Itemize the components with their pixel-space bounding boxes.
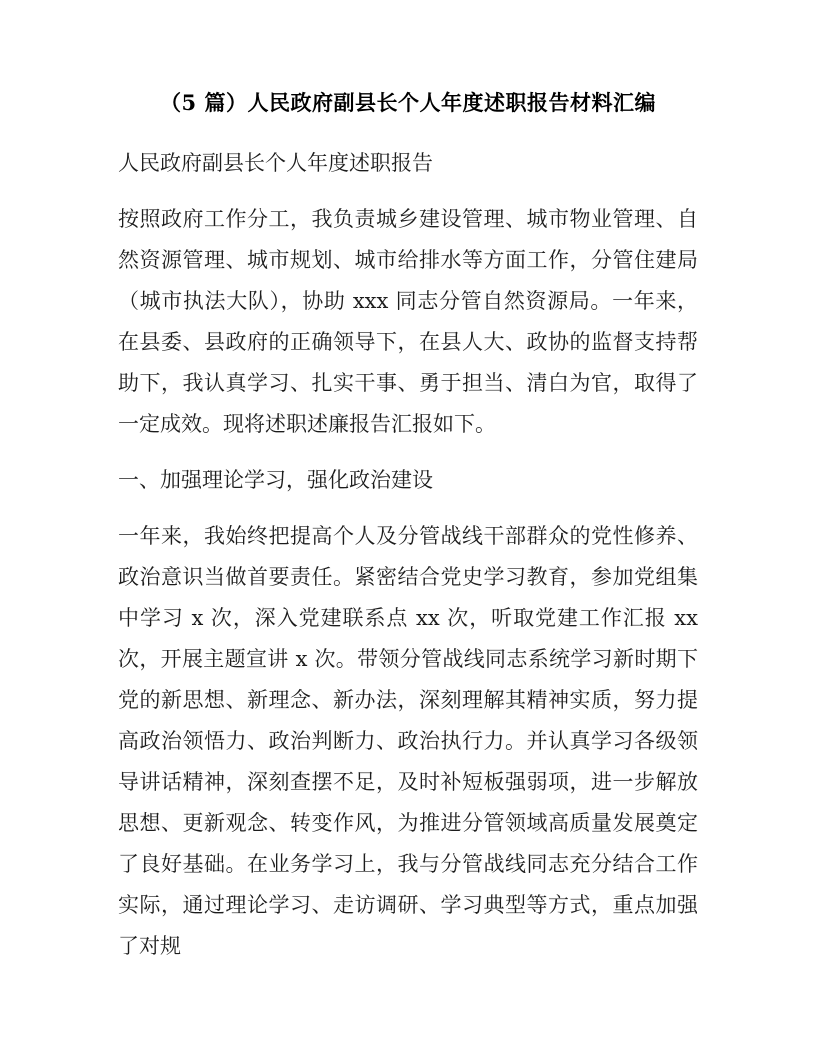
document-title: （5 篇）人民政府副县长个人年度述职报告材料汇编 [118, 88, 698, 118]
section-heading-1: 一、加强理论学习，强化政治建设 [118, 460, 698, 501]
paragraph-intro: 按照政府工作分工，我负责城乡建设管理、城市物业管理、自然资源管理、城市规划、城市… [118, 199, 698, 445]
document-page: （5 篇）人民政府副县长个人年度述职报告材料汇编 人民政府副县长个人年度述职报告… [0, 0, 816, 1056]
paragraph-subtitle: 人民政府副县长个人年度述职报告 [118, 143, 698, 184]
paragraph-section-1-body: 一年来，我始终把提高个人及分管战线干部群众的党性修养、政治意识当做首要责任。紧密… [118, 516, 698, 967]
